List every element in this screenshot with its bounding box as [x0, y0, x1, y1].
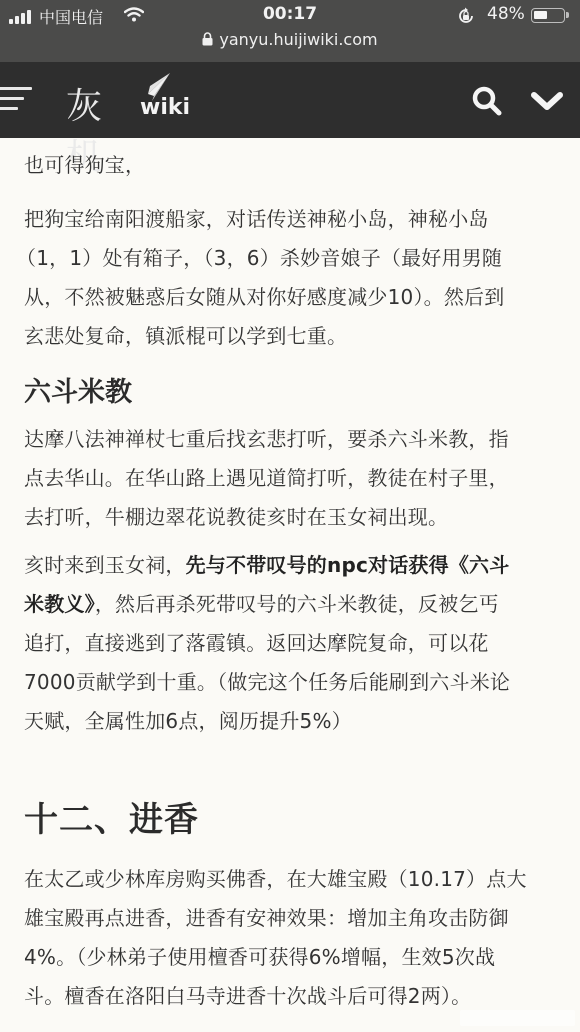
text-line: 4%。（少林弟子使用檀香可获得6%增幅，生效5次战 — [24, 938, 554, 977]
status-row: 中国电信 00:17 48% — [0, 3, 580, 29]
site-navbar: 灰机 wiki — [0, 62, 580, 138]
text-normal: ，然后再杀死带叹号的六斗米教徒，反被乞丐 — [95, 592, 499, 616]
text-line: 也可得狗宝， — [24, 146, 554, 185]
url-text: yanyu.huijiwiki.com — [219, 30, 377, 49]
text-line: 雄宝殿再点进香，进香有安神效果：增加主角攻击防御 — [24, 899, 554, 938]
search-icon[interactable] — [470, 84, 504, 118]
text-line: 把狗宝给南阳渡船家，对话传送神秘小岛，神秘小岛 — [24, 200, 554, 239]
text-line: 追打，直接逃到了落霞镇。返回达摩院复命，可以花 — [24, 624, 554, 663]
paragraph: 把狗宝给南阳渡船家，对话传送神秘小岛，神秘小岛 （1，1）处有箱子，（3，6）杀… — [24, 200, 554, 356]
text-line: 从，不然被魅惑后女随从对你好感度减少10）。然后到 — [24, 278, 554, 317]
text-line: 在太乙或少林库房购买佛香，在大雄宝殿（10.17）点大 — [24, 860, 554, 899]
text-line: 玄悲处复命，镇派棍可以学到七重。 — [24, 317, 554, 356]
battery-percent: 48% — [487, 4, 525, 24]
article-content: 也可得狗宝， 把狗宝给南阳渡船家，对话传送神秘小岛，神秘小岛 （1，1）处有箱子… — [0, 138, 580, 1032]
paragraph: 也可得狗宝， — [24, 146, 554, 185]
text-line: 亥时来到玉女祠，先与不带叹号的npc对话获得《六斗 — [24, 546, 554, 585]
text-line: 达摩八法神禅杖七重后找玄悲打听，要杀六斗米教，指 — [24, 420, 554, 459]
watermark — [460, 1010, 575, 1026]
text-bold: 先与不带叹号的npc对话获得《六斗 — [186, 553, 510, 577]
lock-icon — [202, 31, 213, 50]
logo-wiki-text: wiki — [140, 95, 190, 120]
chevron-down-icon[interactable] — [530, 86, 564, 116]
text-line: 7000贡献学到十重。（做完这个任务后能刷到六斗米论 — [24, 663, 554, 702]
paragraph: 在太乙或少林库房购买佛香，在大雄宝殿（10.17）点大 雄宝殿再点进香，进香有安… — [24, 860, 554, 1016]
rotation-lock-icon — [457, 7, 475, 29]
url-bar[interactable]: yanyu.huijiwiki.com — [0, 30, 580, 54]
text-line: （1，1）处有箱子，（3，6）杀妙音娘子（最好用男随 — [16, 239, 554, 278]
text-line: 点去华山。在华山路上遇见道简打听，教徒在村子里， — [24, 459, 554, 498]
battery-icon — [531, 8, 565, 23]
text-bold: 米教义》 — [24, 592, 95, 616]
text-line: 米教义》，然后再杀死带叹号的六斗米教徒，反被乞丐 — [24, 585, 554, 624]
paragraph: 亥时来到玉女祠，先与不带叹号的npc对话获得《六斗 米教义》，然后再杀死带叹号的… — [24, 546, 554, 741]
status-bar: 中国电信 00:17 48% — [0, 0, 580, 62]
text-normal: 亥时来到玉女祠， — [24, 553, 186, 577]
paragraph: 达摩八法神禅杖七重后找玄悲打听，要杀六斗米教，指 点去华山。在华山路上遇见道简打… — [24, 420, 554, 537]
battery-level — [534, 11, 547, 19]
text-line: 天赋，全属性加6点，阅历提升5%） — [24, 702, 554, 741]
battery-nub — [566, 12, 569, 18]
section-heading-liudoumi: 六斗米教 — [24, 370, 132, 409]
text-line: 去打听，牛棚边翠花说教徒亥时在玉女祠出现。 — [24, 498, 554, 537]
hamburger-menu-icon[interactable] — [0, 84, 32, 114]
section-heading-jinxiang: 十二、进香 — [24, 792, 199, 841]
